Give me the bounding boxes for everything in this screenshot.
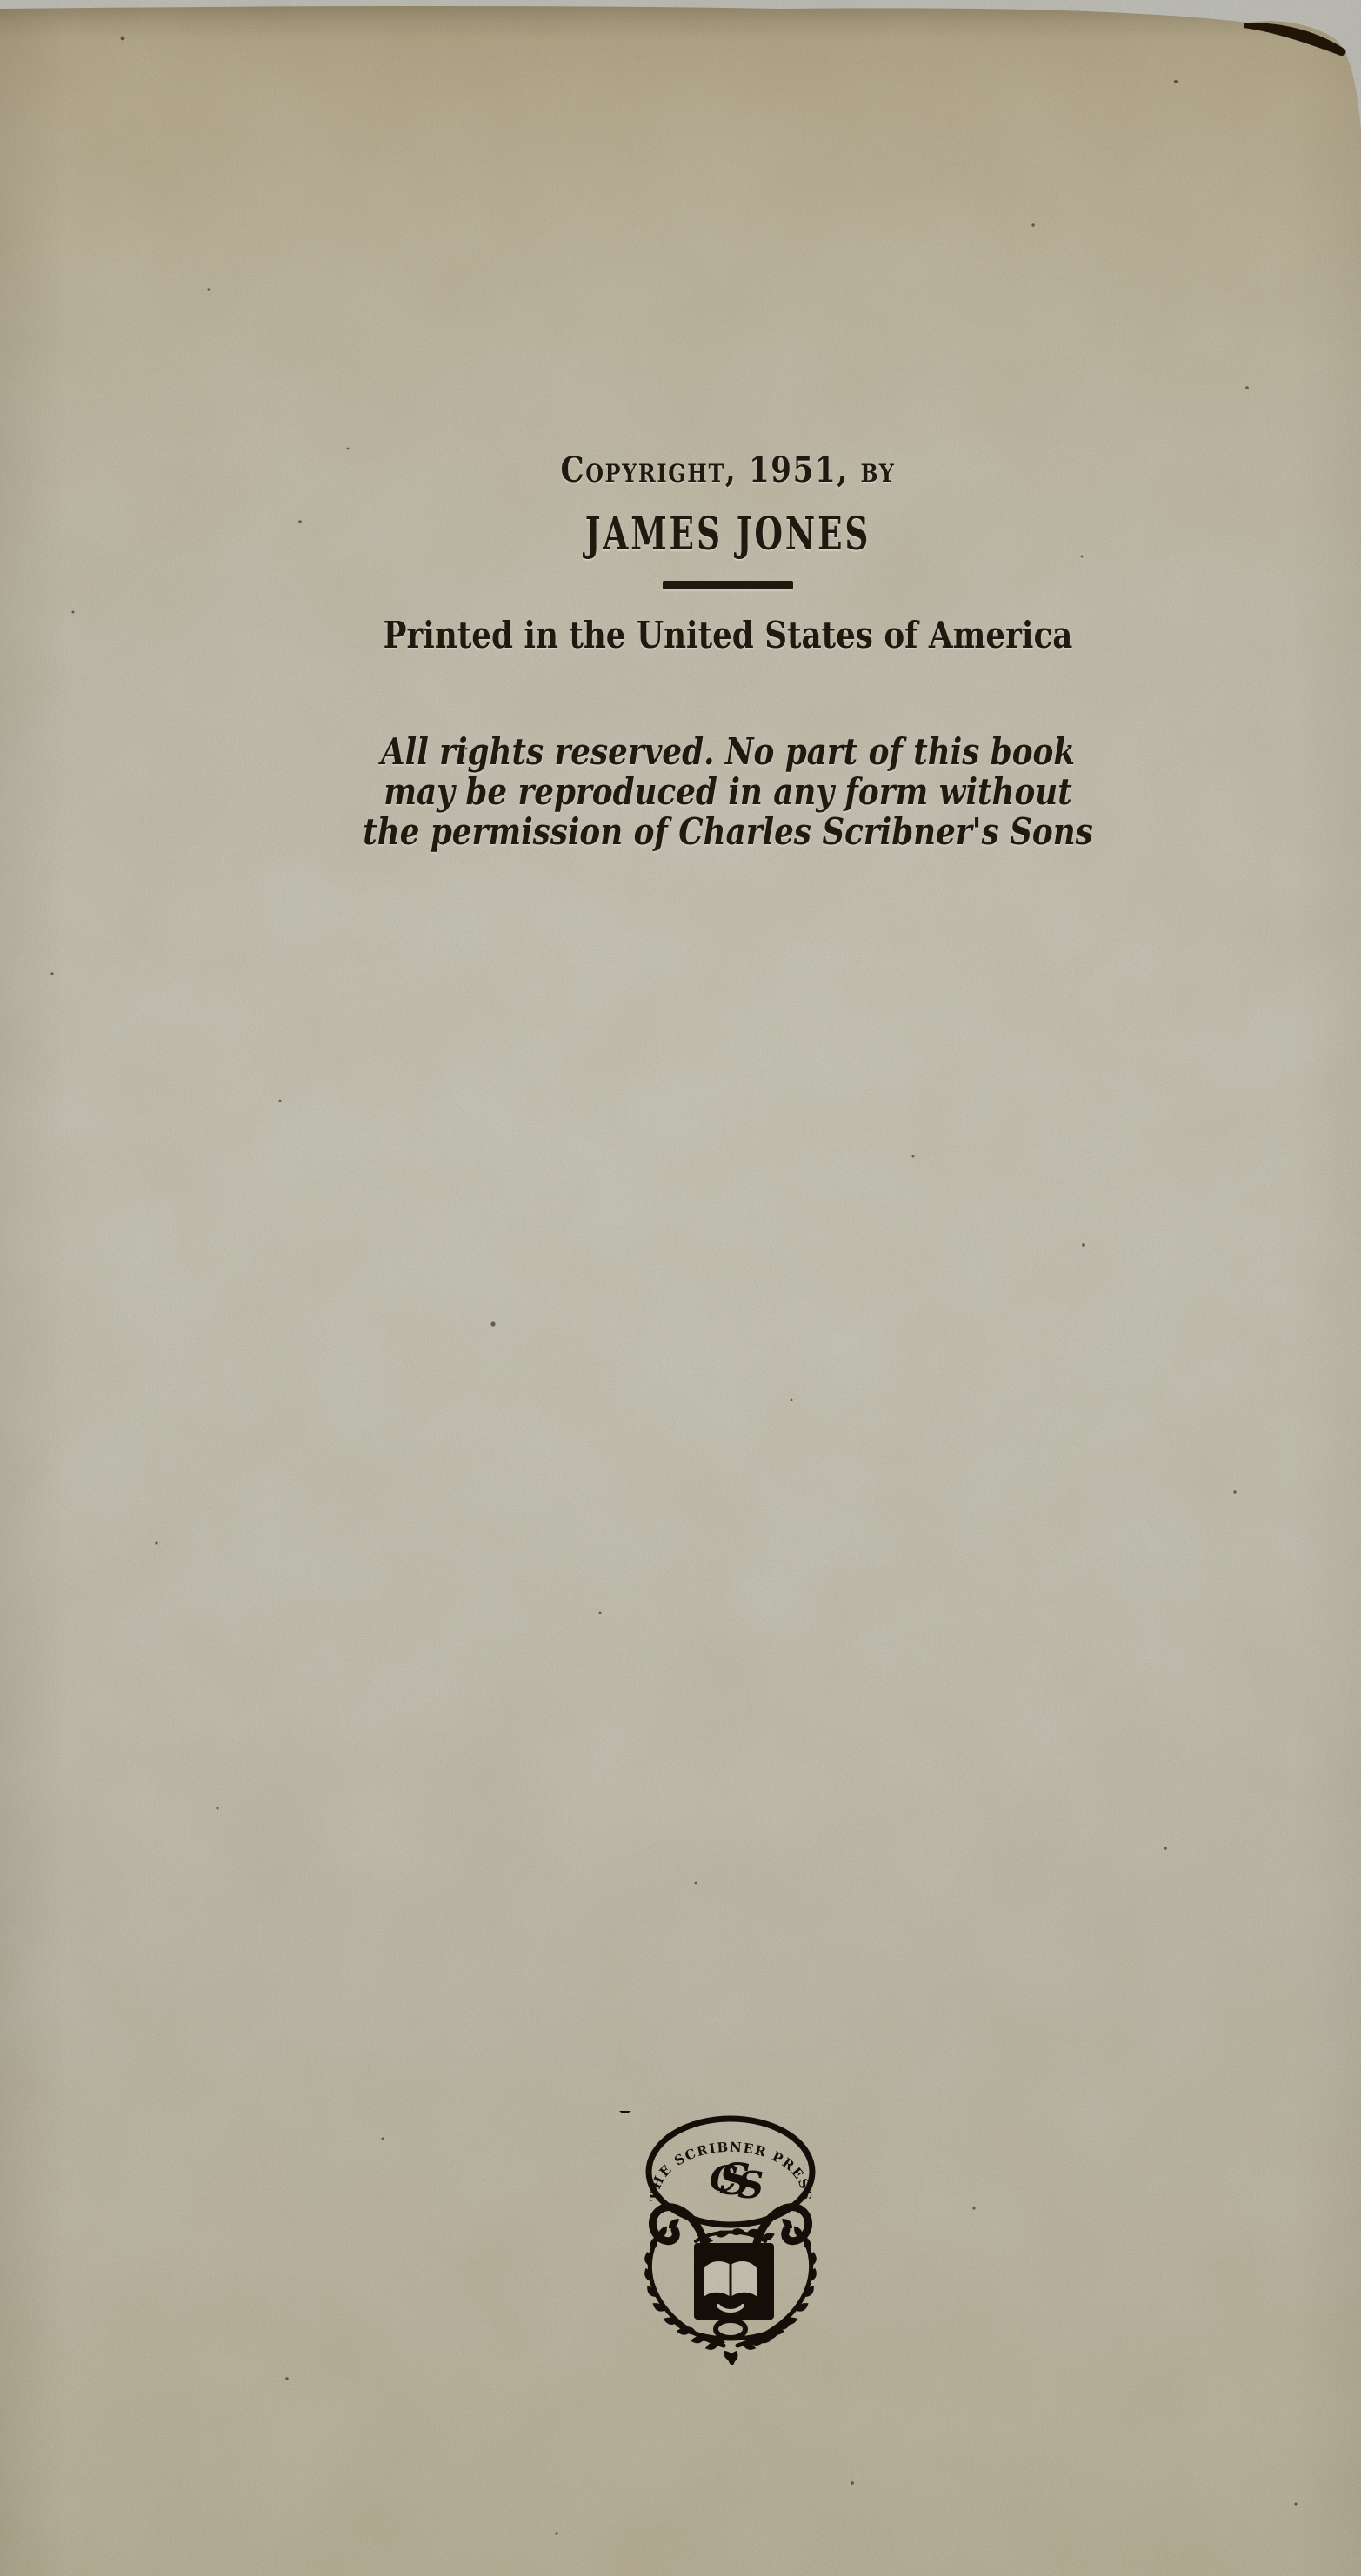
copyright-line-text: Copyright, 1951, by — [560, 449, 895, 490]
copyright-holder: JAMES JONES — [530, 508, 926, 561]
printed-in-line: Printed in the United States of America — [323, 614, 1134, 656]
copyright-line: Copyright, 1951, by — [530, 449, 924, 490]
page-top-edge — [0, 0, 1361, 139]
separator-rule — [663, 581, 793, 589]
open-book-icon — [694, 2243, 774, 2320]
monogram-css: C S S — [710, 2153, 764, 2207]
rights-line-3: the permission of Charles Scribner's Son… — [298, 810, 1158, 853]
scribner-press-logo: THE SCRIBNER PRESS C S S — [619, 2111, 824, 2365]
corner-gap-shadow — [1244, 23, 1346, 56]
printed-in-text: Printed in the United States of America — [384, 614, 1073, 656]
backdrop-gray — [0, 0, 1361, 130]
svg-text:S: S — [737, 2164, 764, 2207]
book-page: Copyright, 1951, by JAMES JONES Printed … — [0, 0, 1361, 2576]
copyright-holder-text: JAMES JONES — [585, 508, 871, 561]
rights-line-1: All rights reserved. No part of this boo… — [320, 730, 1137, 773]
ring-ornament — [716, 2320, 745, 2338]
rights-line-2: may be reproduced in any form without — [323, 770, 1132, 813]
